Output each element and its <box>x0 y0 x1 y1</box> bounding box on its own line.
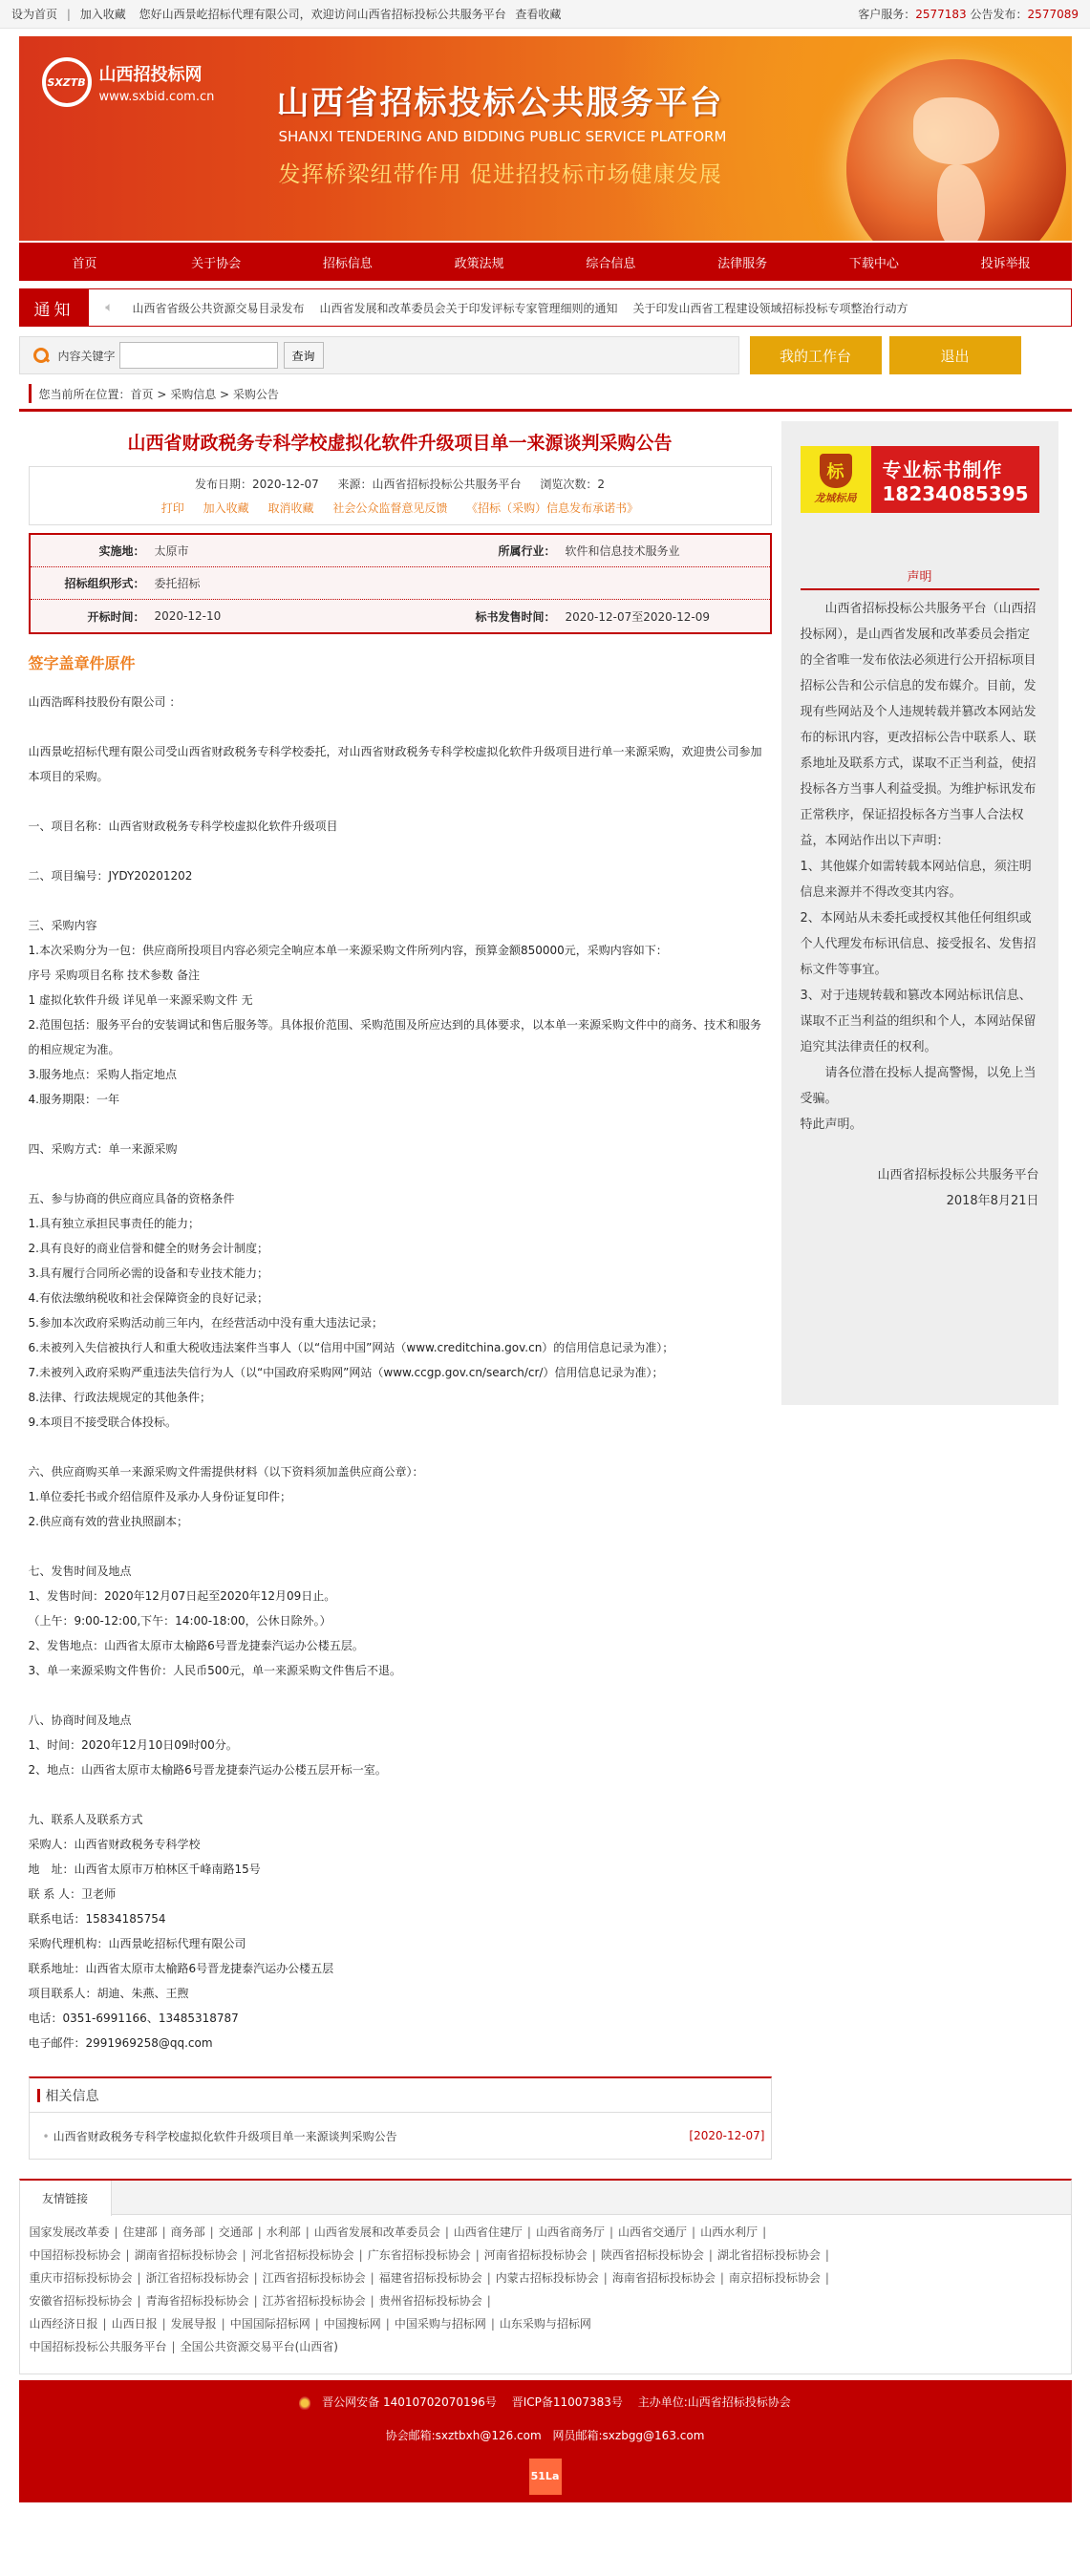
related-info: 相关信息 •山西省财政税务专科学校虚拟化软件升级项目单一来源谈判采购公告 [20… <box>29 2076 772 2160</box>
article-paragraph: 三、采购内容 <box>29 913 772 938</box>
article-title: 山西省财政税务专科学校虚拟化软件升级项目单一来源谈判采购公告 <box>29 429 772 455</box>
keyword-input[interactable] <box>119 342 278 369</box>
article-paragraph: 联系电话：15834185754 <box>29 1906 772 1931</box>
friend-link[interactable]: 海南省招标投标协会 <box>612 2271 716 2285</box>
friend-link[interactable]: 中国搜标网 <box>324 2317 381 2331</box>
notice-item[interactable]: 关于印发山西省工程建设领域招标投标专项整治行动方 <box>633 300 908 316</box>
friend-link[interactable]: 山西经济日报 <box>30 2317 98 2331</box>
blank-line <box>29 1683 772 1708</box>
friend-link[interactable]: 广东省招标投标协会 <box>368 2248 471 2262</box>
article-paragraph: （上午：9:00-12:00,下午：14:00-18:00，公休日除外。） <box>29 1608 772 1633</box>
friend-link[interactable]: 山西省交通厅 <box>618 2225 687 2239</box>
friend-link[interactable]: 中国采购与招标网 <box>395 2317 486 2331</box>
friend-link[interactable]: 商务部 <box>171 2225 205 2239</box>
article-paragraph: 1 虚拟化软件升级 详见单一来源采购文件 无 <box>29 988 772 1012</box>
footer: 晋公网安备 14010702070196号 晋ICP备11007383号 主办单… <box>19 2380 1072 2502</box>
separator: | <box>254 2294 258 2308</box>
view-count: 浏览次数：2 <box>540 478 605 491</box>
friend-links: 友情链接 国家发展改革委|住建部|商务部|交通部|水利部|山西省发展和改革委员会… <box>19 2179 1072 2374</box>
declaration-signer: 山西省招标投标公共服务平台 <box>801 1162 1039 1188</box>
add-favorite-link[interactable]: 加入收藏 <box>80 8 126 21</box>
separator: | <box>445 2225 449 2239</box>
article-paragraph: 3.具有履行合同所必需的设备和专业技术能力； <box>29 1261 772 1286</box>
section-marker <box>37 2089 40 2102</box>
nav-policy[interactable]: 政策法规 <box>414 253 545 271</box>
breadcrumb: 您当前所在位置： 首页 > 采购信息 > 采购公告 <box>29 384 1072 403</box>
friend-links-row: 国家发展改革委|住建部|商务部|交通部|水利部|山西省发展和改革委员会|山西省住… <box>30 2221 1061 2244</box>
friend-link[interactable]: 全国公共资源交易平台(山西省) <box>181 2340 338 2353</box>
header-banner: SXZTB 山西招投标网 www.sxbid.com.cn 山西省招标投标公共服… <box>19 36 1072 241</box>
declaration-warning: 请各位潜在投标人提高警惕，以免上当受骗。 <box>801 1060 1039 1112</box>
related-item-date: [2020-12-07] <box>689 2129 764 2142</box>
main-nav: 首页 关于协会 招标信息 政策法规 综合信息 法律服务 下载中心 投诉举报 <box>19 243 1072 281</box>
declaration-closing: 特此声明。 <box>801 1112 1039 1138</box>
friend-link[interactable]: 国家发展改革委 <box>30 2225 110 2239</box>
friend-link[interactable]: 山西省商务厅 <box>536 2225 605 2239</box>
notice-ticker: 通知 🔈︎ 山西省省级公共资源交易目录发布 山西省发展和改革委员会关于印发评标专… <box>19 288 1072 327</box>
friend-link[interactable]: 湖南省招标投标协会 <box>135 2248 238 2262</box>
related-title: 相关信息 <box>46 2086 99 2105</box>
article-paragraph: 采购人：山西省财政税务专科学校 <box>29 1832 772 1857</box>
friend-link[interactable]: 陕西省招标投标协会 <box>601 2248 704 2262</box>
friend-links-row: 安徽省招标投标协会|青海省招标投标协会|江苏省招标投标协会|贵州省招标投标协会| <box>30 2289 1061 2312</box>
article-body: 签字盖章件原件 山西浩晖科技股份有限公司 ：山西景屹招标代理有限公司受山西省财政… <box>29 651 772 2055</box>
separator: | <box>138 2294 141 2308</box>
friend-links-row: 中国招标投标协会|湖南省招标投标协会|河北省招标投标协会|广东省招标投标协会|河… <box>30 2244 1061 2267</box>
site-logo[interactable]: SXZTB 山西招投标网 www.sxbid.com.cn <box>42 57 215 107</box>
ad-banner[interactable]: 标 龙城标局 专业标书制作 18234085395 <box>801 446 1039 513</box>
notice-item[interactable]: 山西省发展和改革委员会关于印发评标专家管理细则的通知 <box>320 300 618 316</box>
sale-time-label: 标书发售时间： <box>403 608 556 625</box>
article-paragraph: 联 系 人：卫老师 <box>29 1882 772 1906</box>
separator: | <box>315 2317 319 2331</box>
stats-badge[interactable]: 51La <box>529 2459 562 2495</box>
separator: | <box>692 2225 695 2239</box>
search-label: 内容关键字 <box>58 348 116 364</box>
site-url: www.sxbid.com.cn <box>99 90 215 104</box>
police-record[interactable]: 晋公网安备 14010702070196号 <box>322 2395 497 2409</box>
notice-count-number: 2577089 <box>1028 8 1079 21</box>
friend-link[interactable]: 水利部 <box>267 2225 301 2239</box>
nav-home[interactable]: 首页 <box>19 253 151 271</box>
article-paragraph: 1、时间：2020年12月10日09时00分。 <box>29 1733 772 1757</box>
open-time-value: 2020-12-10 <box>145 609 403 623</box>
friend-link[interactable]: 发展导报 <box>171 2317 217 2331</box>
site-email: 网员邮箱:sxzbgg@163.com <box>553 2429 705 2442</box>
nav-tender-info[interactable]: 招标信息 <box>282 253 414 271</box>
separator: | <box>254 2271 258 2285</box>
location-value: 太原市 <box>145 543 403 559</box>
blank-line <box>29 839 772 863</box>
ad-phone: 18234085395 <box>883 482 1039 505</box>
friend-link[interactable]: 安徽省招标投标协会 <box>30 2294 133 2308</box>
nav-downloads[interactable]: 下载中心 <box>808 253 940 271</box>
blank-line <box>29 789 772 814</box>
nav-complaints[interactable]: 投诉举报 <box>940 253 1072 271</box>
separator: | <box>210 2225 214 2239</box>
platform-title: 山西省招标投标公共服务平台 <box>277 76 724 123</box>
separator: | <box>222 2317 225 2331</box>
assoc-email: 协会邮箱:sxztbxh@126.com <box>386 2429 542 2442</box>
friend-links-list: 国家发展改革委|住建部|商务部|交通部|水利部|山西省发展和改革委员会|山西省住… <box>20 2215 1071 2374</box>
ad-brand: 龙城标局 <box>815 490 857 505</box>
friend-link[interactable]: 内蒙古招标投标协会 <box>496 2271 599 2285</box>
industry-value: 软件和信息技术服务业 <box>556 543 680 559</box>
separator: | <box>243 2248 246 2262</box>
friend-link[interactable]: 重庆市招标投标协会 <box>30 2271 133 2285</box>
service-label: 客户服务： <box>858 8 915 21</box>
search-button[interactable]: 查询 <box>284 342 324 369</box>
declaration-text: 山西省招标投标公共服务平台（山西招投标网），是山西省发展和改革委员会指定的全省唯… <box>801 596 1039 1214</box>
article-paragraph: 一、项目名称：山西省财政税务专科学校虚拟化软件升级项目 <box>29 814 772 839</box>
platform-subtitle-en: SHANXI TENDERING AND BIDDING PUBLIC SERV… <box>279 128 727 145</box>
article-paragraph: 山西浩晖科技股份有限公司 ： <box>29 690 772 714</box>
separator: | <box>371 2294 374 2308</box>
article-paragraph: 8.法律、行政法规规定的其他条件； <box>29 1385 772 1410</box>
open-time-label: 开标时间： <box>31 608 145 625</box>
friend-link[interactable]: 山西水利厅 <box>700 2225 758 2239</box>
nav-general-info[interactable]: 综合信息 <box>545 253 677 271</box>
friend-links-row: 山西经济日报|山西日报|发展导报|中国国际招标网|中国搜标网|中国采购与招标网|… <box>30 2312 1061 2335</box>
welcome-text: 您好山西景屹招标代理有限公司，欢迎访问山西省招标投标公共服务平台 <box>139 8 506 21</box>
blank-line <box>29 1112 772 1137</box>
breadcrumb-prefix: 您当前所在位置： <box>39 386 131 402</box>
nav-legal-service[interactable]: 法律服务 <box>676 253 808 271</box>
separator: | <box>386 2317 390 2331</box>
article-paragraph: 地 址：山西省太原市万柏林区千峰南路15号 <box>29 1857 772 1882</box>
friend-link[interactable]: 山西省住建厅 <box>454 2225 523 2239</box>
search-bar: 内容关键字 查询 <box>19 336 739 374</box>
workbench-button[interactable]: 我的工作台 <box>750 336 882 374</box>
tab-friend-links[interactable]: 友情链接 <box>20 2181 112 2216</box>
friend-links-row: 重庆市招标投标协会|浙江省招标投标协会|江西省招标投标协会|福建省招标投标协会|… <box>30 2267 1061 2289</box>
separator: | <box>825 2271 829 2285</box>
bullet-icon: • <box>43 2130 50 2143</box>
separator: | <box>527 2225 531 2239</box>
platform-slogan: 发挥桥梁纽带作用 促进招投标市场健康发展 <box>279 157 722 188</box>
article-paragraphs: 山西浩晖科技股份有限公司 ：山西景屹招标代理有限公司受山西省财政税务专科学校委托… <box>29 690 772 2055</box>
service-number: 2577183 <box>915 8 966 21</box>
article-paragraph: 7.未被列入政府采购严重违法失信行为人（以“中国政府采购网”网站（www.ccg… <box>29 1360 772 1385</box>
friend-link[interactable]: 浙江省招标投标协会 <box>146 2271 249 2285</box>
friend-link[interactable]: 湖北省招标投标协会 <box>717 2248 821 2262</box>
friend-link[interactable]: 河南省招标投标协会 <box>484 2248 588 2262</box>
declaration-date: 2018年8月21日 <box>801 1188 1039 1214</box>
add-favorite-link[interactable]: 加入收藏 <box>203 501 249 515</box>
separator: | <box>476 2248 480 2262</box>
separator: | <box>709 2248 713 2262</box>
friend-link[interactable]: 交通部 <box>219 2225 253 2239</box>
article-source: 来源：山西省招标投标公共服务平台 <box>338 478 522 491</box>
article-paragraph: 联系地址：山西省太原市太榆路6号晋龙捷泰汽运办公楼五层 <box>29 1956 772 1981</box>
blank-line <box>29 1534 772 1559</box>
article-paragraph: 六、供应商购买单一来源采购文件需提供材料（以下资料须加盖供应商公章）： <box>29 1459 772 1484</box>
separator: | <box>258 2225 262 2239</box>
article-paragraph: 七、发售时间及地点 <box>29 1559 772 1584</box>
logout-button[interactable]: 退出 <box>889 336 1021 374</box>
declaration-item: 2、本网站从未委托或授权其他任何组织或个人代理发布标讯信息、接受报名、发售招标文… <box>801 905 1039 983</box>
police-badge-icon <box>299 2396 310 2410</box>
article-paragraph: 5.参加本次政府采购活动前三年内，在经营活动中没有重大违法记录； <box>29 1310 772 1335</box>
article-paragraph: 二、项目编号：JYDY20201202 <box>29 863 772 888</box>
separator: | <box>762 2225 766 2239</box>
ad-headline: 专业标书制作 <box>883 455 1039 482</box>
article-paragraph: 6.未被列入失信被执行人和重大税收违法案件当事人（以“信用中国”网站（www.c… <box>29 1335 772 1360</box>
article-paragraph: 四、采购方式：单一来源采购 <box>29 1137 772 1161</box>
article-meta: 发布日期：2020-12-07 来源：山西省招标投标公共服务平台 浏览次数：2 … <box>29 466 772 525</box>
article-paragraph: 电话：0351-6991166、13485318787 <box>29 2006 772 2031</box>
article-paragraph: 3、单一来源采购文件售价：人民币500元，单一来源采购文件售后不退。 <box>29 1658 772 1683</box>
separator: | <box>825 2248 829 2262</box>
declaration-title: 声明 <box>801 566 1039 590</box>
article-paragraph: 九、联系人及联系方式 <box>29 1807 772 1832</box>
friend-link[interactable]: 中国国际招标网 <box>230 2317 310 2331</box>
icp-record[interactable]: 晋ICP备11007383号 <box>512 2395 623 2409</box>
separator: | <box>162 2225 166 2239</box>
view-favorites-link[interactable]: 查看收藏 <box>515 8 561 21</box>
friend-link[interactable]: 山西日报 <box>112 2317 158 2331</box>
friend-link[interactable]: 福建省招标投标协会 <box>379 2271 482 2285</box>
friend-link[interactable]: 贵州省招标投标协会 <box>379 2294 482 2308</box>
remove-favorite-link[interactable]: 取消收藏 <box>267 501 313 515</box>
article-paragraph: 2、地点：山西省太原市太榆路6号晋龙捷泰汽运办公楼五层开标一室。 <box>29 1757 772 1782</box>
blank-line <box>29 1782 772 1807</box>
friend-link[interactable]: 中国招标投标公共服务平台 <box>30 2340 167 2353</box>
separator: | <box>115 2225 118 2239</box>
logo-mark: SXZTB <box>42 57 92 107</box>
friend-link[interactable]: 江苏省招标投标协会 <box>263 2294 366 2308</box>
set-home-link[interactable]: 设为首页 <box>11 8 57 21</box>
article-paragraph: 2.具有良好的商业信誉和健全的财务会计制度； <box>29 1236 772 1261</box>
article-paragraph: 采购代理机构：山西景屹招标代理有限公司 <box>29 1931 772 1956</box>
related-item[interactable]: •山西省财政税务专科学校虚拟化软件升级项目单一来源谈判采购公告 [2020-12… <box>30 2113 771 2159</box>
article-column: 山西省财政税务专科学校虚拟化软件升级项目单一来源谈判采购公告 发布日期：2020… <box>19 412 781 2160</box>
article-paragraph: 9.本项目不接受联合体投标。 <box>29 1410 772 1435</box>
article-paragraph: 五、参与协商的供应商应具备的资格条件 <box>29 1186 772 1211</box>
article-paragraph: 序号 采购项目名称 技术参数 备注 <box>29 963 772 988</box>
article-paragraph: 1.本次采购分为一包：供应商所投项目内容必须完全响应本单一来源采购文件所列内容，… <box>29 938 772 963</box>
separator: | <box>67 8 71 21</box>
friend-links-row: 中国招标投标公共服务平台|全国公共资源交易平台(山西省) <box>30 2335 1061 2358</box>
separator: | <box>126 2248 130 2262</box>
separator: | <box>103 2317 107 2331</box>
nav-about[interactable]: 关于协会 <box>150 253 282 271</box>
article-paragraph: 山西景屹招标代理有限公司受山西省财政税务专科学校委托，对山西省财政税务专科学校虚… <box>29 739 772 789</box>
breadcrumb-path[interactable]: 首页 > 采购信息 > 采购公告 <box>131 386 279 402</box>
separator: | <box>162 2317 166 2331</box>
industry-label: 所属行业： <box>403 543 556 559</box>
friend-link[interactable]: 山东采购与招标网 <box>500 2317 591 2331</box>
blank-line <box>29 714 772 739</box>
article-paragraph: 2、发售地点：山西省太原市太榆路6号晋龙捷泰汽运办公楼五层。 <box>29 1633 772 1658</box>
article-paragraph: 3.服务地点：采购人指定地点 <box>29 1062 772 1087</box>
article-paragraph: 2.范围包括：服务平台的安装调试和售后服务等。具体报价范围、采购范围及所应达到的… <box>29 1012 772 1062</box>
friend-link[interactable]: 南京招标投标协会 <box>729 2271 821 2285</box>
separator: | <box>604 2271 608 2285</box>
notice-count-label: 公告发布： <box>971 8 1028 21</box>
host-org: 主办单位:山西省招标投标协会 <box>638 2395 791 2409</box>
globe-graphic <box>846 59 1066 241</box>
article-paragraph: 1、发售时间：2020年12月07日起至2020年12月09日止。 <box>29 1584 772 1608</box>
project-info-box: 实施地： 太原市 所属行业： 软件和信息技术服务业 招标组织形式： 委托招标 开… <box>29 533 772 634</box>
separator: | <box>487 2271 491 2285</box>
related-item-title[interactable]: 山西省财政税务专科学校虚拟化软件升级项目单一来源谈判采购公告 <box>53 2130 397 2143</box>
friend-link[interactable]: 河北省招标投标协会 <box>251 2248 354 2262</box>
article-paragraph: 1.单位委托书或介绍信原件及承办人身份证复印件； <box>29 1484 772 1509</box>
friend-link[interactable]: 江西省招标投标协会 <box>263 2271 366 2285</box>
friend-link[interactable]: 住建部 <box>123 2225 158 2239</box>
org-form-value: 委托招标 <box>145 575 403 591</box>
sidebar: 标 龙城标局 专业标书制作 18234085395 声明 山西省招标投标公共服务… <box>781 421 1058 1405</box>
org-form-label: 招标组织形式： <box>31 575 145 591</box>
notice-tag: 通知 <box>20 289 89 326</box>
declaration-item: 1、其他媒介如需转载本网站信息，须注明信息来源并不得改变其内容。 <box>801 854 1039 905</box>
separator: | <box>592 2248 596 2262</box>
separator: | <box>720 2271 724 2285</box>
separator: | <box>491 2317 495 2331</box>
separator: | <box>359 2248 363 2262</box>
search-row: 内容关键字 查询 我的工作台 退出 <box>19 336 1072 374</box>
separator: | <box>172 2340 176 2353</box>
separator: | <box>609 2225 613 2239</box>
article-paragraph: 4.有依法缴纳税收和社会保障资金的良好记录； <box>29 1286 772 1310</box>
search-icon <box>33 348 49 363</box>
stamped-original-link[interactable]: 签字盖章件原件 <box>29 651 772 676</box>
feedback-link[interactable]: 社会公众监督意见反馈 <box>332 501 447 515</box>
friend-link[interactable]: 山西省发展和改革委员会 <box>314 2225 440 2239</box>
ad-badge-icon: 标 <box>820 454 852 488</box>
article-paragraph: 项目联系人：胡迪、朱燕、王煦 <box>29 1981 772 2006</box>
print-link[interactable]: 打印 <box>161 501 184 515</box>
declaration-item: 3、对于违规转载和篡改本网站标讯信息、谋取不正当利益的组织和个人，本网站保留追究… <box>801 983 1039 1060</box>
commitment-link[interactable]: 《招标（采购）信息发布承诺书》 <box>466 501 638 515</box>
publish-date: 发布日期：2020-12-07 <box>195 478 319 491</box>
article-paragraph: 2.供应商有效的营业执照副本； <box>29 1509 772 1534</box>
separator: | <box>138 2271 141 2285</box>
article-paragraph: 4.服务期限：一年 <box>29 1087 772 1112</box>
sale-time-value: 2020-12-07至2020-12-09 <box>556 608 710 625</box>
friend-link[interactable]: 青海省招标投标协会 <box>146 2294 249 2308</box>
site-name: 山西招投标网 <box>99 61 215 86</box>
article-paragraph: 八、协商时间及地点 <box>29 1708 772 1733</box>
separator: | <box>371 2271 374 2285</box>
declaration-intro: 山西省招标投标公共服务平台（山西招投标网），是山西省发展和改革委员会指定的全省唯… <box>801 596 1039 854</box>
separator: | <box>306 2225 310 2239</box>
separator: | <box>487 2294 491 2308</box>
notice-item[interactable]: 山西省省级公共资源交易目录发布 <box>133 300 305 316</box>
top-bar: 设为首页 | 加入收藏 您好山西景屹招标代理有限公司，欢迎访问山西省招标投标公共… <box>0 0 1090 29</box>
article-paragraph: 电子邮件：2991969258@qq.com <box>29 2031 772 2055</box>
blank-line <box>29 888 772 913</box>
friend-link[interactable]: 中国招标投标协会 <box>30 2248 121 2262</box>
location-label: 实施地： <box>31 543 145 559</box>
blank-line <box>29 1435 772 1459</box>
speaker-icon: 🔈︎ <box>98 300 121 315</box>
blank-line <box>29 1161 772 1186</box>
article-paragraph: 1.具有独立承担民事责任的能力； <box>29 1211 772 1236</box>
